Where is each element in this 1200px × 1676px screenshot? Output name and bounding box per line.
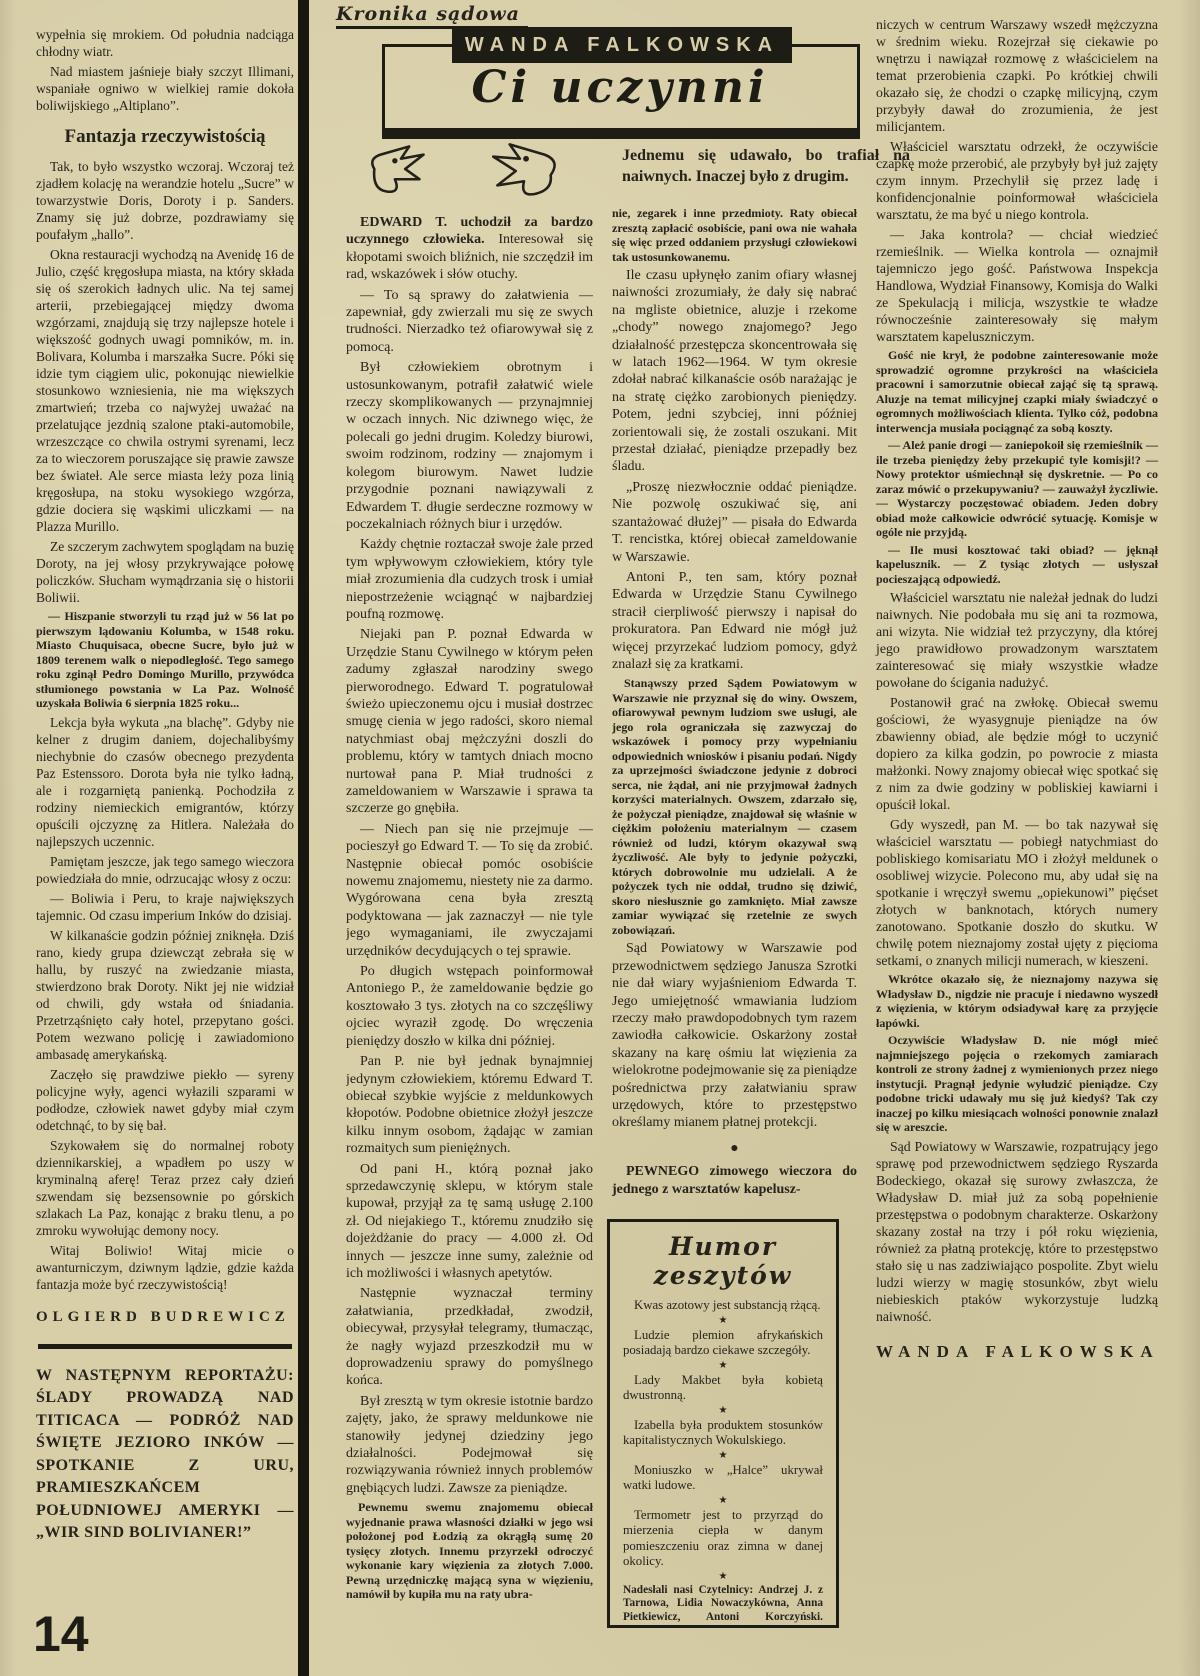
humor-box-credit: Nadesłali nasi Czytelnicy: Andrzej J. z … [623, 1584, 823, 1629]
left-column-article: wypełnia się mrokiem. Od południa nadcią… [36, 26, 294, 1601]
paragraph: Pan P. nie był jednak bynajmniej jedynym… [346, 1053, 593, 1157]
paragraph: W kilkanaście godzin później zniknęła. D… [36, 927, 294, 1063]
humor-box: Humor zeszytów Kwas azotowy jest substan… [607, 1219, 839, 1628]
humor-item: Moniuszko w „Halce” ukrywał watki ludowe… [623, 1463, 823, 1494]
paragraph: nie, zegarek i inne przedmioty. Raty obi… [612, 206, 857, 264]
divider-rule [38, 1344, 292, 1349]
paragraph: Witaj Boliwio! Witaj micie o awanturnicz… [36, 1242, 294, 1293]
paragraph: — Ależ panie drogi — zaniepokoił się rze… [876, 438, 1158, 540]
humor-box-title: Humor zeszytów [623, 1232, 823, 1290]
two-heads-illustration [360, 134, 565, 206]
column-divider-rule [298, 0, 309, 1676]
paragraph: Okna restauracji wychodzą na Avenidę 16 … [36, 246, 294, 535]
paragraph: Pamiętam jeszcze, jak tego samego wieczo… [36, 853, 294, 887]
separator-dot: ● [612, 1140, 857, 1157]
paragraph: — Niech pan się nie przejmuje — pocieszy… [346, 821, 593, 960]
paragraph: Lekcja była wykuta „na blachę”. Gdyby ni… [36, 714, 294, 850]
paragraph: Po długich wstępach poinformował Antonie… [346, 963, 593, 1050]
paragraph: Był człowiekiem obrotnym i ustosunkowany… [346, 359, 593, 533]
author-signature: OLGIERD BUDREWICZ [36, 1309, 294, 1326]
lead-paragraph: Jednemu się udawało, bo trafiał na naiwn… [622, 146, 910, 187]
paragraph: Niejaki pan P. poznał Edwarda w Urzędzie… [346, 626, 593, 817]
paragraph: Oczywiście Władysław D. nie mógł mieć na… [876, 1033, 1158, 1135]
section-kicker: Kronika sądowa [336, 3, 528, 29]
humor-box-items: Kwas azotowy jest substancją rżącą.★Ludz… [623, 1298, 823, 1583]
paragraph: Sąd Powiatowy w Warszawie pod przewodnic… [612, 940, 857, 1131]
author-banner: WANDA FALKOWSKA [452, 27, 792, 63]
left-head-eye [392, 158, 397, 163]
paragraph: — Hiszpanie stworzyli tu rząd już w 56 l… [36, 609, 294, 711]
humor-item: Ludzie plemion afrykańskich posiadają ba… [623, 1328, 823, 1359]
paragraph: Był zresztą w tym okresie istotnie bardz… [346, 1393, 593, 1497]
paragraph: niczych w centrum Warszawy wszedł mężczy… [876, 16, 1158, 135]
paragraph: Nad miastem jaśnieje biały szczyt Illima… [36, 63, 294, 114]
paragraph: — Ile musi kosztować taki obiad? — jękną… [876, 543, 1158, 587]
paragraph: Ze szczerym zachwytem spoglądam na buzię… [36, 538, 294, 606]
author-signature: WANDA FALKOWSKA [876, 1343, 1158, 1360]
paragraph: — Jaka kontrola? — chciał wiedzieć rzemi… [876, 226, 1158, 345]
paragraph: „Proszę niezwłocznie oddać pieniądze. Ni… [612, 479, 857, 566]
paragraph: Wkrótce okazało się, że nieznajomy nazyw… [876, 972, 1158, 1030]
paragraph: Gdy wyszedł, pan M. — bo tak nazywał się… [876, 816, 1158, 969]
article-column-2: nie, zegarek i inne przedmioty. Raty obi… [612, 206, 857, 1216]
humor-item: Izabella była produktem stosunków kapita… [623, 1418, 823, 1449]
newspaper-page: wypełnia się mrokiem. Od południa nadcią… [0, 0, 1200, 1676]
next-report-teaser: W NASTĘPNYM REPORTAŻU: ŚLADY PROWADZĄ NA… [36, 1365, 294, 1545]
paragraph: Ile czasu upłynęło zanim ofiary własnej … [612, 267, 857, 476]
paragraph: Następnie wyznaczał terminy załatwiania,… [346, 1285, 593, 1389]
paragraph: Stanąwszy przed Sądem Powiatowym w Warsz… [612, 676, 857, 937]
paragraph: Pewnemu swemu znajomemu obiecał wyjednan… [346, 1500, 593, 1602]
paragraph: Sąd Powiatowy w Warszawie, rozpatrujący … [876, 1138, 1158, 1325]
page-number: 14 [33, 1605, 89, 1663]
paragraph: Właściciel warsztatu nie należał jednak … [876, 589, 1158, 691]
paragraph: Zaczęło się prawdziwe piekło — syreny po… [36, 1066, 294, 1134]
star-separator-icon: ★ [623, 1450, 823, 1462]
paragraph: EDWARD T. uchodził za bardzo uczynnego c… [346, 214, 593, 284]
paragraph: — Boliwia i Peru, to kraje największych … [36, 890, 294, 924]
article-title: Ci uczynni [420, 62, 820, 113]
paragraph: Postanowił grać na zwłokę. Obiecał swemu… [876, 694, 1158, 813]
humor-item: Termometr jest to przyrząd do mierzenia … [623, 1508, 823, 1570]
paragraph: Gość nie krył, że podobne zainteresowani… [876, 348, 1158, 435]
article-column-1: EDWARD T. uchodził za bardzo uczynnego c… [346, 214, 593, 1652]
star-separator-icon: ★ [623, 1360, 823, 1372]
section-heading: Fantazja rzeczywistością [36, 126, 294, 148]
star-separator-icon: ★ [623, 1405, 823, 1417]
humor-item: Kwas azotowy jest substancją rżącą. [623, 1298, 823, 1314]
paragraph: Każdy chętnie roztaczał swoje żale przed… [346, 536, 593, 623]
star-separator-icon: ★ [623, 1571, 823, 1583]
paragraph: — To są sprawy do załatwienia — zapewnia… [346, 287, 593, 357]
paragraph: wypełnia się mrokiem. Od południa nadcią… [36, 26, 294, 60]
right-head-eye [523, 156, 529, 162]
article-column-3: niczych w centrum Warszawy wszedł mężczy… [876, 16, 1158, 1666]
paragraph: Właściciel warsztatu odrzekł, że oczywiś… [876, 138, 1158, 223]
paragraph: Tak, to było wszystko wczoraj. Wczoraj t… [36, 158, 294, 243]
star-separator-icon: ★ [623, 1495, 823, 1507]
star-separator-icon: ★ [623, 1315, 823, 1327]
paragraph: Antoni P., ten sam, który poznał Edwarda… [612, 569, 857, 673]
paragraph: Od pani H., którą poznał jako sprzedawcz… [346, 1161, 593, 1283]
paragraph: PEWNEGO zimowego wieczora do jednego z w… [612, 1163, 857, 1198]
paragraph: Szykowałem się do normalnej roboty dzien… [36, 1137, 294, 1239]
humor-item: Lady Makbet była kobietą dwustronną. [623, 1373, 823, 1404]
